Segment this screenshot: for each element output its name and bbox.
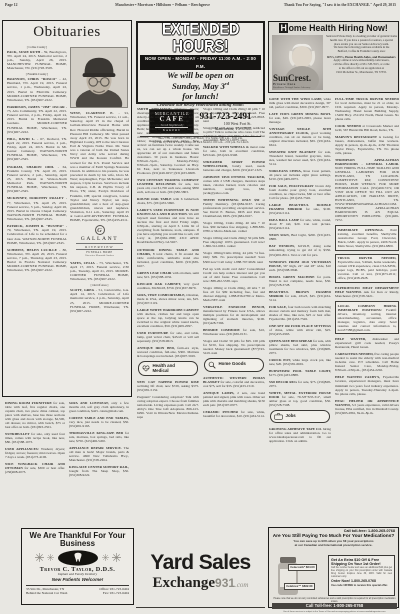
dental-headline: We Are Thankful For Your Business [25, 531, 129, 549]
now-open-bar: NOW OPEN - MONDAY - FRIDAY 11:00 A.M. - … [140, 55, 261, 70]
category-label: Home Goods [219, 362, 246, 367]
classified-ad: NUTRIBULLET for sale, only used four tim… [5, 432, 65, 444]
classified-ad: USED APPLIANCES: Washers; dryers; fridge… [5, 447, 65, 459]
page-number: Page 12 [5, 3, 18, 7]
classified-ad: NICE WINGBACK CHAIR AND OTTOMAN for sale… [5, 462, 65, 474]
generic-price-label: Celecoxib* $64.00 [288, 564, 317, 571]
obituary-entry-lead: YATES, CELIA [70, 261, 95, 265]
classified-ad-lead: AUTHENTIC WESTERN INDIAN BLANKET [203, 376, 265, 384]
classified-ad-lead: CROCK POT, [269, 358, 291, 362]
open-line-2-ordinal: rd [225, 81, 229, 86]
classified-ad: ROUND OAK TABLE with 6 ladderback chairs… [137, 197, 199, 205]
classified-ad-lead: BAY WINDOW, [269, 244, 295, 248]
classified-ad-lead: ROUND OAK TABLE [137, 197, 172, 201]
classified-ad: TWO CENTURY TRADING COMPANY LEATHER RECL… [137, 178, 199, 194]
classified-ad: SOFA AND LOVESEAT, only a few months old… [69, 401, 129, 413]
region-line: Manchester • Morrison • Hillsboro ~ Pelh… [100, 3, 225, 7]
obituaries-column-1: [ Coffee County ]PACK, SUSIE RUTH - 59, … [7, 46, 67, 394]
classified-ad-lead: THOMASVILLE KING-SIZE BED [69, 431, 123, 435]
classified-ad: VERSATILE EXERCISE BENCH, manufactured b… [203, 305, 265, 325]
tooth-logo-icon [57, 550, 99, 566]
text-line: Bedford, Coffee & Franklin County area: [325, 50, 398, 54]
classified-ad-lead: APPLIANCE REPAIR SERVICE. [69, 446, 122, 450]
classified-ad: Viagra 100mg or Cialis 20mg, 40 tabs + 1… [203, 286, 265, 302]
classified-ad: Fed up with credit card debt? Consolidat… [203, 267, 265, 283]
classified-ad: LARGE WHITE WARDROBE CABINET with shelve… [137, 308, 199, 328]
classified-ad: NEW CAT NAPPER POWER RISE reclining lift… [137, 380, 199, 392]
dental-address-2: Behind the National Car Wash [26, 591, 67, 595]
headline-first-letter: H [279, 23, 288, 33]
classified-ad: NORLEANS CHINA, Rose Crest pattern, 44 p… [269, 169, 331, 181]
classified-ad-lead: FOR SALE, [269, 305, 287, 309]
classified-ad: VINTAGE NEIGLE 50TH ANNIVERSARY CLOCK, g… [269, 127, 331, 147]
rx-medications-ad: Call toll-free: 1-800-265-0768 Are You S… [268, 527, 399, 608]
classified-column-a: DINING ROOM FURNITURE for sale, table wi… [5, 401, 65, 525]
classified-ad: THOMASVILLE KING-SIZE BED for sale, matt… [69, 431, 129, 443]
mercantile-cafe-ad: EXTENDED HOURS! NOW OPEN - MONDAY - FRID… [136, 21, 265, 104]
classified-column-6: FULL-TIME TRUCK DRIVER NEEDED for local … [335, 97, 399, 525]
classified-ad-lead: ONE SET OR FOUR PLACE SETTINGS [269, 324, 331, 328]
pill-bottle-image: Celecoxib* $64.00 Celebrex™ $832.60 [274, 555, 324, 597]
classified-ad-lead: QUEEN-SIZE BED SPREAD [269, 339, 312, 343]
yard-sales-title: Yard Sales [136, 552, 265, 573]
obituary-entry: MCKINNEY, DOROTHY FRALEY - 77, Wincheste… [7, 196, 67, 221]
classified-ad: STREAMER SPORT POWER WHEELCHAIR, barely … [203, 160, 265, 172]
obituary-entry: WEST, CLARENCE E. - 91, Winchester, TN. … [70, 111, 129, 222]
classified-ad: BAY WINDOW, 6.6'x9.8', doing some remode… [269, 244, 331, 256]
obituaries-box: Obituaries [ Coffee County ]PACK, SUSIE … [2, 20, 132, 397]
newspaper-page: Page 12 Manchester • Morrison • Hillsbor… [0, 0, 400, 614]
classified-ad: FOR SALE, four bath towels with matching… [269, 305, 331, 321]
bottom-rule [136, 607, 265, 608]
magnifier-icon [208, 361, 216, 369]
classified-ad-lead: IKEA BALL LAMP [269, 218, 299, 222]
obituaries-title: Obituaries [3, 24, 131, 41]
masthead-tagline: Thank You For Saying, "I saw it in the E… [228, 3, 396, 7]
open-line-3: for lunch! [138, 92, 263, 102]
suncrest-ad: Home Health Hiring Now! SunCrest. Privat… [268, 21, 399, 93]
classified-ad: Pregnant? Considering adoption? Talk wit… [137, 395, 199, 419]
classified-ad: Viagra 100mg/Cialis 20mg, 44 pills +4 fr… [203, 251, 265, 263]
obituaries-column-2: WEST, CLARENCE E. - 91, Winchester, TN. … [70, 111, 129, 394]
classified-ad: HELP WANTED ZAXBY'S, Fayetteville locati… [335, 375, 399, 395]
classified-ad-lead: SOFA AND LOVESEAT, [69, 401, 109, 405]
suncrest-wordmark: SunCrest. [273, 74, 343, 83]
classified-ad: KING-SIZE CENTER SUPPORT RAIL, bought fr… [69, 465, 129, 477]
classified-ad: EXPERIENCED MEAT DEPARTMENT HELP WANTED.… [335, 286, 399, 298]
classified-ad: KINCAID OAK CABINET, very good condition… [137, 282, 199, 290]
classified-ad-lead: OUTDOOR DINING TABLE AND CHAIRS, [137, 248, 199, 256]
classified-ad: BEDSIDE COMMODE for sale, $10, Wincheste… [203, 328, 265, 336]
classified-ad: ANTIQUE IRON BED, farm-era style, restor… [137, 346, 199, 358]
open-line-2: Sunday, May 3rd [138, 81, 263, 91]
brand-word-exchange: Exchange [153, 575, 216, 591]
classified-ad-lead: GONE WITH THE WIND LAMP, [269, 97, 322, 101]
classified-ad-lead: NEW CAT NAPPER POWER RISE [137, 380, 199, 384]
classified-ad: 5X8 DECOR RUG for sale, $75. (256)828-20… [269, 380, 331, 388]
classified-ad: SOFA, VERY COMFORTABLE, Ottoman, made in… [137, 293, 199, 305]
obituary-entry: HILL, DAVID L. - 67, Decherd, TN. April … [7, 137, 67, 162]
rx-subhead-2: at our Canadian and International prescr… [269, 544, 398, 548]
classified-ad-lead: EXPERIENCED MEAT DEPARTMENT HELP WANTED. [335, 286, 399, 294]
gallant-name: GALLANT [70, 236, 129, 242]
classified-ad: SWEATER KNIT BLANKET for sale, Threshold… [269, 150, 331, 166]
classified-ad-lead: DINING ROOM FURNITURE [5, 401, 52, 405]
classified-ad: MARVIN'S RESTAURANT is looking for buser… [335, 135, 399, 155]
classified-ad: AUTHENTIC WESTERN INDIAN BLANKET for sal… [203, 376, 265, 388]
classified-ad: COOK NEEDED at Crossroads Market and Gri… [335, 124, 399, 132]
obituary-entry-lead: SCOTT, GREG [70, 288, 94, 292]
obituary-entry-lead: WEST, CLARENCE E. [70, 111, 114, 115]
classified-ad-lead: USED APPLIANCES: [5, 447, 39, 451]
classified-ad: QUEEN-SIZE BED SPREAD for sale, with pil… [269, 339, 331, 355]
classified-ad: THOMPSON APPALACHIAN HARDWOODS - GENERAL… [335, 158, 399, 222]
obituary-entry-lead: BRANNON, CHRIS "ROSCO" [7, 77, 57, 81]
classified-ad-lead: LARGE WHITE WARDROBE CABINET [137, 308, 199, 312]
classified-column-4: Viagra 100mg and Cialis 20mg! 40 pills +… [203, 107, 265, 549]
classified-ad-lead: BUDWEISER POOL TABLE LIGHT, [269, 369, 331, 373]
classified-ad-lead: KINCAID OAK CABINET, [137, 282, 181, 286]
heart-icon [142, 365, 150, 372]
classified-ad: BUDWEISER POOL TABLE LIGHT, $175. (931)4… [269, 369, 331, 377]
obituary-entry-lead: HILL, DAVID L. [7, 137, 35, 141]
classified-ad-lead: MARVIN'S RESTAURANT [335, 135, 377, 139]
headline-rest: ome Health Hiring Now! [289, 23, 388, 33]
classified-ad-lead: LATE 1930'S GREEN MIXING BOWL [269, 112, 331, 116]
rx-footer-fine: Use of these services is subject to the … [273, 611, 396, 613]
classified-ad-lead: ANTIQUE LAMPS, [203, 391, 234, 395]
classified-ad-lead: NEON SIGN, [269, 233, 290, 237]
classified-ad-lead: NUTRIBULLET [5, 432, 30, 436]
obituary-entry: SCOTT, GREG - 51, Cartersville, GA. Apri… [70, 288, 129, 313]
classified-ad: JAWBONE UP24 FITNESS TRACKER, comes with… [203, 175, 265, 195]
new-patients-line: New Patients Welcome! [22, 577, 133, 583]
classified-ad-lead: WHITE, METAL EXTERIOR HOUSE DOOR [269, 391, 331, 399]
brand-price-label: Celebrex™ $832.60 [284, 583, 315, 590]
obituary-entry-lead: PATRICK, JOSEPH R. "BUSTER" [7, 224, 64, 228]
classified-ad: DINING ROOM FURNITURE for sale, table wi… [5, 401, 65, 429]
classified-ad-lead: FOR SALE, PFALTZGRAFF [269, 184, 314, 188]
classified-ad-lead: HVAC HELPER OR APPRENTICE WANTED, [335, 399, 399, 407]
classified-ad: WALKER WITH WHEELS & metal cane for sale… [203, 145, 265, 157]
snowflake-icon [35, 553, 44, 562]
classified-ad-lead: ANTIQUE IRON BED, [137, 346, 175, 350]
gallant-riverview: RIVERVIEW [76, 243, 123, 250]
classified-ad: COFFEE TABLE AND END TABLES, very nice, … [69, 416, 129, 428]
classified-ad-lead: 5X8 DECOR RUG [269, 380, 297, 384]
classified-ad-lead: HELP WANTED, [335, 337, 366, 341]
offer-fine-print: Call the number below and save an additi… [331, 567, 392, 578]
obituary-entry: PACK, SUSIE RUTH - 59, Beechgrove, TN. A… [7, 50, 67, 71]
dental-fax: Fax: 931-723-6404 [99, 591, 129, 595]
classified-ad: TRUCK DRIVER NEEDED, Fayetteville area, … [335, 254, 399, 283]
classified-ad: HELP WANTED, dishwasher and experienced … [335, 337, 399, 349]
classified-ad-lead: IMMEDIATE OPENINGS. [338, 228, 384, 232]
classified-ad: WINDOWS FROM OLD VICTORIAN HOUSE, 56" hi… [269, 260, 331, 272]
classified-ad-lead: CAREGIVERS NEEDED, [335, 352, 374, 356]
classified-ad-lead: SWEATER KNIT BLANKET [269, 150, 316, 154]
classified-ad: IMMEDIATE OPENINGS. Paid training, excel… [335, 225, 399, 250]
classified-ad-lead: NORLEANS CHINA, [269, 169, 302, 173]
obituary-entry-lead: PACK, SUSIE RUTH [7, 50, 40, 54]
exchange-brand: Exchange931.com [136, 574, 265, 592]
obituary-entry-lead: MCKINNEY, DOROTHY FRALEY [7, 196, 64, 200]
classified-ad: Viagra and Cialis! 50 pills for $95. 100… [203, 339, 265, 355]
brand-number-931: 931 [215, 576, 235, 590]
classified-ad: LATE 1930'S GREEN MIXING BOWL for sale, … [269, 112, 331, 124]
classified-ad-lead: BEDSIDE COMMODE [203, 328, 240, 332]
classified-ad-lead: WALKER WITH WHEELS & [203, 145, 249, 149]
classified-ad: LOCAL COMPANY HIRING IMMEDIATE POSITIONS… [335, 301, 399, 334]
suncrest-body-text: SunCrest Private Duty is a leading provi… [325, 35, 398, 75]
classified-ad-lead: SOFA, VERY COMFORTABLE, [137, 293, 185, 297]
gallant-riverview-logo: GGALLANTRIVERVIEWFUNERAL HOMERiverview M… [70, 225, 129, 256]
classified-ad-lead: NICE WINGBACK CHAIR AND OTTOMAN [5, 462, 65, 470]
classified-ad-lead: KING-SIZE CENTER SUPPORT RAIL, [69, 465, 129, 469]
classified-column-5: GONE WITH THE WIND LAMP, white milk glas… [269, 97, 331, 525]
classified-ad: USED FURNITURE for sale, end table, lamp… [137, 331, 199, 343]
brand-tld-com: .com [235, 581, 248, 589]
use-code-line: Use code 10FREE to receive this special … [331, 584, 392, 587]
classified-ad: CROCK POT, white large crock pot, like n… [269, 358, 331, 366]
category-bubble-home-goods: Home Goods [204, 358, 264, 372]
extended-hours-headline: EXTENDED HOURS! [138, 22, 263, 57]
classified-ad-lead: COFFEE TABLE AND END TABLES, [69, 416, 129, 420]
open-line-1: We will be open on [138, 71, 263, 81]
classified-ad: Struggling with drugs or alcohol? Addict… [203, 126, 265, 142]
classified-ad: LARGE BEAUTIFUL DOUBLE FRAMED MIRROR for… [269, 203, 331, 215]
suncrest-tagline: Excellence Through Senior Advocacy [273, 86, 343, 89]
classified-ad-lead: HELP WANTED ZAXBY'S, [335, 375, 380, 379]
classified-ad-lead: THOMPSON APPALACHIAN HARDWOODS - GENERAL… [335, 158, 399, 166]
classified-ad: WHITE, METAL EXTERIOR HOUSE DOOR for sal… [269, 391, 331, 407]
classified-ad: BISSEL GREEN MACHINE for parts. Wand is … [269, 275, 331, 287]
classified-ad: HVAC HELPER OR APPRENTICE WANTED, 3-5 ye… [335, 399, 399, 415]
classified-ad-lead: BISSEL GREEN MACHINE [269, 275, 315, 279]
classified-ad: FOR SALE, PFALTZGRAFF brown drip foam do… [269, 184, 331, 200]
category-bubble-jobs: Jobs [270, 410, 330, 423]
classified-ad-lead: CERAMIC PITCHER [203, 410, 238, 414]
text-line: 1916 McArthur St., Manchester, TN 37355. [325, 71, 398, 75]
classified-ad-lead: GREEN LEAF CHAIR [137, 271, 171, 275]
obituary-entry: PATRICK, JOSEPH R. "BUSTER" - 79, Winche… [7, 224, 67, 245]
classified-ad: Viagra 100mg, Cialis 20mg. 40 tabs + 10 … [203, 221, 265, 233]
classified-ad: LARRY'S USED FURNITURE IS NOW KNOWN AS L… [137, 208, 199, 244]
obituary-entry-lead: INGRAM, SHARON ODIL [7, 165, 54, 169]
open-line-2-main: Sunday, May 3 [172, 81, 225, 91]
snowflake-icon [47, 554, 54, 561]
rx-bottom-bar: Call Toll-free: 1-800-265-0768 [272, 603, 397, 610]
rx-offer-box: Get An Extra $10 Off & Free Shipping On … [328, 555, 395, 596]
classified-ad-lead: LARRY'S USED FURNITURE IS NOW KNOWN AS L… [137, 208, 199, 216]
suncrest-headline: Home Health Hiring Now! [269, 22, 398, 33]
obituary-entry: INGRAM, SHARON ODIL - 64, Franklin Count… [7, 165, 67, 194]
classified-ad: ONE SET OR FOUR PLACE SETTINGS of china,… [269, 324, 331, 336]
classified-ad-lead: VINTAGE NEIGLE 50TH ANNIVERSARY CLOCK, [269, 127, 331, 135]
classified-ad-lead: SMITH APPLIANCE: [137, 107, 172, 111]
classified-ad: GREEN LEAF CHAIR with ottoman, semi new,… [137, 271, 199, 279]
suncrest-logo: SunCrest. Private Care Excellence Throug… [273, 74, 343, 89]
classified-ad: SMITH APPLIANCE: Washers; dryers; chest/… [137, 107, 199, 175]
classified-ad-lead: VERSATILE EXERCISE BENCH, [203, 305, 265, 309]
obituary-entry: SCHMITZ, HELEN LUCILLE - 80, Winchester,… [7, 248, 67, 273]
classified-ad: BEAUTIFUL BROWN FRAMED MIRROR for sale, … [269, 290, 331, 302]
classified-ad: GROWING ADHESIVE TAPE CO. hiring for off… [269, 427, 331, 443]
offer-title-2: Shipping On Your 1st Order! [331, 562, 392, 566]
gallant-gardens: Riverview Memorial Gardens [70, 254, 129, 257]
dental-ad: We Are Thankful For Your Business Trevor… [21, 528, 134, 605]
classified-ad: OUTDOOR DINING TABLE AND CHAIRS, 8 total… [137, 248, 199, 268]
classified-ad: FULL-TIME TRUCK DRIVER NEEDED for local … [335, 97, 399, 121]
classified-ad: GONE WITH THE WIND LAMP, white milk glas… [269, 97, 331, 109]
classified-column-b: SOFA AND LOVESEAT, only a few months old… [69, 401, 129, 525]
snowflake-icon [102, 554, 109, 561]
classified-column-3: SMITH APPLIANCE: Washers; dryers; chest/… [137, 107, 199, 549]
classified-ad-lead: BEAUTIFUL BROWN FRAMED MIRROR [269, 290, 331, 298]
yard-sales-logo: Yard Sales Exchange931.com [136, 552, 265, 592]
category-label: Health and Medical [153, 364, 175, 374]
classified-ad-lead: JAWBONE UP24 FITNESS TRACKER, [203, 175, 265, 179]
obituary-entry: HARRISON, JAMES "JIM" OSCAR - 73, Alto C… [7, 105, 67, 134]
classified-ad-lead: FULL-TIME TRUCK DRIVER NEEDED [335, 97, 399, 101]
category-label: Jobs [286, 414, 296, 419]
briefcase-icon [274, 413, 283, 420]
classified-ad-lead: WINDOWS FROM OLD VICTORIAN HOUSE, [269, 260, 331, 268]
classified-ad-lead: TEETH WHITENING ONLY $59 [203, 198, 259, 202]
snowflake-icon [112, 553, 121, 562]
obituary-entry: BRANNON, CHRIS "ROSCO" - 42, Huntland, T… [7, 77, 67, 102]
classified-ad: NEON SIGN, Bud Light, $200. (931)433-088… [269, 233, 331, 241]
classified-ad: CAREGIVERS NEEDED, five caring people ne… [335, 352, 399, 372]
classified-ad: TEETH WHITENING ONLY $59 at Family Denti… [203, 198, 265, 218]
classified-ad-lead: USED FURNITURE [137, 331, 168, 335]
obituary-entry-lead: HARRISON, JAMES "JIM" OSCAR [7, 105, 65, 109]
classified-ad: IKEA BALL LAMP for sale, white, round, a… [269, 218, 331, 230]
classified-ad: CERAMIC PITCHER for sale, white, beautif… [203, 410, 265, 418]
classified-ad-lead: TRUCK DRIVER NEEDED, [338, 256, 397, 260]
classified-ad: APPLIANCE REPAIR SERVICE. The old man is… [69, 446, 129, 462]
classified-ad-lead: LARGE BEAUTIFUL DOUBLE FRAMED MIRROR [269, 203, 331, 211]
classified-ad: Viagra 100mg and Cialis 20mg! 40 pills +… [203, 107, 265, 123]
classified-ad: Viagra 100mg and Cialis 20mg! 50 pills $… [203, 236, 265, 248]
classified-ad-lead: STREAMER SPORT POWER WHEELCHAIR, [203, 160, 265, 168]
classified-ad-lead: COOK NEEDED [335, 124, 361, 128]
classified-ad-lead: TWO CENTURY TRADING COMPANY LEATHER RECL… [137, 178, 199, 186]
obituary-photo-west [70, 47, 128, 108]
classified-ad-lead: GROWING ADHESIVE TAPE CO. [269, 427, 322, 431]
obituary-entry-lead: SCHMITZ, HELEN LUCILLE [7, 248, 57, 252]
classified-ad-lead: LOCAL COMPANY HIRING IMMEDIATE POSITIONS… [338, 304, 397, 312]
classified-ad: ANTIQUE LAMPS, 2 sets, one hand painted … [203, 391, 265, 407]
obituary-entry: YATES, CELIA - 73, Winchester, TN. April… [70, 261, 129, 282]
gallant-script-icon: G [95, 225, 105, 235]
category-bubble-health-medical: Health and Medical [138, 361, 198, 377]
